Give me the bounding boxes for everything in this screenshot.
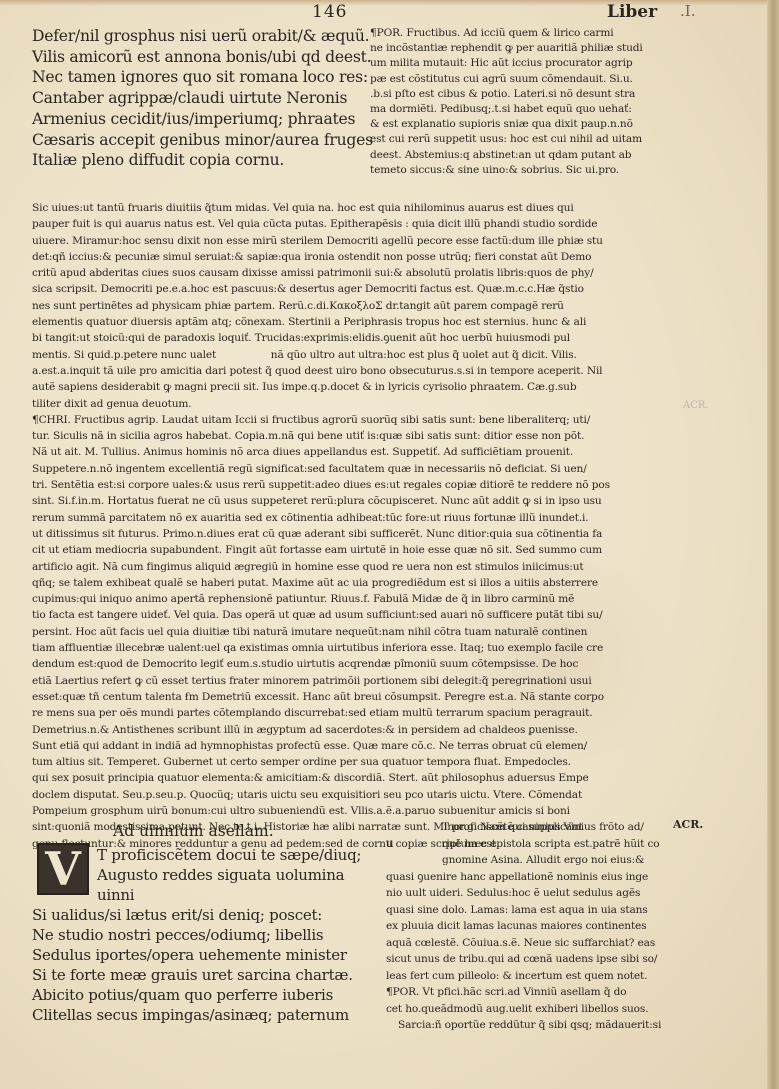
commentary-line: tum altius sit. Temperet. Gubernet ut ce…	[32, 754, 662, 770]
commentary-line: temeto siccus:& sine uino:& sobrius. Sic…	[370, 163, 670, 178]
verse-line: Abicito potius/quam quo perferre iuberis	[32, 985, 362, 1005]
verse-line: Nec tamen ignores quo sit romana loco re…	[32, 67, 362, 88]
margin-note-acr: ACR.	[673, 818, 703, 831]
commentary-line: sint. Si.f.in.m. Hortatus fuerat ne cũ u…	[32, 493, 662, 509]
commentary-line: ¶POR. Vt pfici.hãc scri.ad Vinniũ asella…	[386, 984, 686, 1001]
commentary-line: autẽ sapiens desiderabit ꝙ magni precii …	[32, 379, 662, 395]
poem-title: Ad uinnium asellam.	[113, 822, 274, 840]
verse-line: Armenius cecidit/ius/imperiumq; phraates	[32, 109, 362, 130]
commentary-line: Sic uiues:ut tantũ fruaris diuitiis q̃tu…	[32, 200, 662, 216]
commentary-line: tur. Siculis nã in sicilia agros habebat…	[32, 428, 662, 444]
commentary-line: Nã ut ait. M. Tullius. Animus hominis nõ…	[32, 444, 662, 460]
commentary-line: nio uult uideri. Sedulus:hoc ẽ uelut sed…	[386, 885, 686, 902]
commentary-line: Sunt etiã qui addant in indiã ad hymnoph…	[32, 738, 662, 754]
verse-block-bottom: T proficiscẽtem docui te sæpe/diuq; Augu…	[32, 845, 362, 1025]
commentary-line: dendum est:quod de Democrito legiť eum.s…	[32, 656, 662, 672]
verse-line: T proficiscẽtem docui te sæpe/diuq;	[32, 845, 362, 865]
commentary-right-column: ¶POR. Fructibus. Ad icciũ quem & lirico …	[370, 26, 670, 178]
commentary-line: persint. Hoc aũt facis uel quia diuitiæ …	[32, 624, 662, 640]
verse-block-top: Defer/nil grosphus nisi uerũ orabit/& æq…	[32, 26, 362, 171]
commentary-line: Demetrius.n.& Antisthenes scribunt illũ …	[32, 722, 662, 738]
commentary-line: a.est.a.inquit tã uile pro amicitia dari…	[32, 363, 662, 379]
verse-line: Sedulus iportes/opera uehemente minister	[32, 945, 362, 965]
commentary-line: elementis quatuor diuersis aptãm atq; cõ…	[32, 314, 662, 330]
commentary-line: qñq; se talem exhibeat qualẽ se haberi p…	[32, 575, 662, 591]
commentary-line: Suppetere.n.nõ ingentem excellentiã regũ…	[32, 461, 662, 477]
commentary-line: ¶POR. Fructibus. Ad icciũ quem & lirico …	[370, 26, 670, 41]
commentary-line: etiã Laertius refert ꝙ cũ esset tertius …	[32, 673, 662, 689]
commentary-line: quasi ꝯuenire hanc appellationẽ nominis …	[386, 869, 686, 886]
verse-line: Si te forte meæ grauis uret sarcina char…	[32, 965, 362, 985]
verse-line: Vilis amicorũ est annona bonis/ubi qd de…	[32, 47, 362, 68]
page-gutter-edge	[767, 0, 779, 1089]
commentary-line: T proficiscẽtẽ.caninius Vinius frõto ad/	[386, 819, 686, 836]
commentary-line: Sarcia:ñ oportũe reddũtur q̃ sibi qsq; m…	[386, 1017, 686, 1034]
page-top-edge	[0, 0, 779, 6]
commentary-line: sicut unus de tribu.qui ad cœnã uadens i…	[386, 951, 686, 968]
commentary-line: critũ apud abderitas ciues suos causam d…	[32, 265, 662, 281]
verse-line: Cantaber agrippæ/claudi uirtute Neronis	[32, 88, 362, 109]
commentary-line: pæ est cõstitutus cui agrũ suum cõmendau…	[370, 72, 670, 87]
commentary-line: um milita mutauit: Hic aũt iccius procur…	[370, 56, 670, 71]
commentary-line: artificio agit. Nã cum fingimus aliquid …	[32, 559, 662, 575]
verse-line: Cæsaris accepit genibus minor/aurea frug…	[32, 130, 362, 151]
commentary-full-width: Sic uiues:ut tantũ fruaris diuitiis q̃tu…	[32, 200, 662, 852]
commentary-line: & est explanatio supioris sniæ qua dixit…	[370, 117, 670, 132]
verse-line: Ne studio nostri pecces/odiumq; libellis	[32, 925, 362, 945]
commentary-bottom-right: T proficiscẽtẽ.caninius Vinius frõto ad/…	[386, 819, 686, 1034]
commentary-line: mentis. Si quid.p.petere nunc ualet nã q…	[32, 347, 662, 363]
commentary-line: qui sex posuit principia quatuor element…	[32, 770, 662, 786]
commentary-line: tio facta est tangere uideť. Vel quia. D…	[32, 607, 662, 623]
commentary-line: quẽ hæc epistola scripta est.patrẽ hũit …	[386, 836, 686, 853]
verse-line: Italiæ pleno diffudit copia cornu.	[32, 150, 362, 171]
verse-line: Clitellas secus impingas/asinæq; paternu…	[32, 1005, 362, 1025]
commentary-line: bi tangit:ut stoicũ:qui de paradoxis loq…	[32, 330, 662, 346]
commentary-line: det:qñ iccius:& pecuniæ simul seruiat:& …	[32, 249, 662, 265]
running-head: Liber	[607, 2, 657, 22]
commentary-line: gnomine Asina. Alludit ergo noi eius:&	[386, 852, 686, 869]
commentary-line: doclem disputat. Seu.p.seu.p. Quocũq; ut…	[32, 787, 662, 803]
commentary-line: ex pluuia dicit lamas lacunas maiores co…	[386, 918, 686, 935]
commentary-line: esset:quæ tñ centum talenta ẜm Demetriũ …	[32, 689, 662, 705]
commentary-line: uiuere. Miramur:hoc sensu dixit non esse…	[32, 233, 662, 249]
commentary-line: cet ho.queãdmodũ aug.uelit exhiberi libe…	[386, 1001, 686, 1018]
commentary-line: est cui rerũ suppetit usus: hoc est cui …	[370, 132, 670, 147]
commentary-line: tiliter dixit ad genua deuotum.	[32, 396, 662, 412]
verse-line: Defer/nil grosphus nisi uerũ orabit/& æq…	[32, 26, 362, 47]
commentary-line: Pompeium grosphum uirũ bonum:cui ultro s…	[32, 803, 662, 819]
commentary-line: nes sunt pertinẽtes ad physicam phiæ par…	[32, 298, 662, 314]
commentary-line: re mens sua per oẽs mundi partes cõtempl…	[32, 705, 662, 721]
commentary-line: ut ditissimus sit futurus. Primo.n.diues…	[32, 526, 662, 542]
commentary-line: ma dormiẽti. Pedibusq;.t.si habet equũ q…	[370, 102, 670, 117]
commentary-line: pauper fuit is qui auarus natus est. Vel…	[32, 216, 662, 232]
commentary-line: tiam affluentiæ illecebræ ualent:uel qa …	[32, 640, 662, 656]
commentary-line: sica scripsit. Democriti pe.e.a.hoc est …	[32, 281, 662, 297]
signature-mark: .I.	[680, 2, 695, 20]
folio-number: 146	[312, 2, 347, 22]
commentary-line: deest. Abstemius:q abstinet:an ut qdam p…	[370, 148, 670, 163]
commentary-line: ¶CHRI. Fructibus agrip. Laudat uitam Icc…	[32, 412, 662, 428]
commentary-line: tri. Sentẽtia est:si corpore uales:& usu…	[32, 477, 662, 493]
commentary-line: rerum summã parcitatem nõ ex auaritia se…	[32, 510, 662, 526]
commentary-line: aquã cœlestẽ. Cõuiua.s.ẽ. Neue sic suffa…	[386, 935, 686, 952]
commentary-line: leas fert cum pilleolo: & incertum est q…	[386, 968, 686, 985]
verse-line: Si ualidus/si lætus erit/si deniq; posce…	[32, 905, 362, 925]
commentary-line: ne incõstantiæ rephendit ꝙ per auaritiã …	[370, 41, 670, 56]
margin-note-faint: ACR.	[683, 400, 709, 411]
commentary-line: .b.si pſto est cibus & potio. Lateri.si …	[370, 87, 670, 102]
verse-line: Augusto reddes siguata uolumina	[32, 865, 362, 885]
commentary-line: cupimus:qui iniquo animo apertã rephensi…	[32, 591, 662, 607]
commentary-line: quasi sine dolo. Lamas: lama est aqua in…	[386, 902, 686, 919]
commentary-line: cit ut etiam mediocria supabundent. Fing…	[32, 542, 662, 558]
verse-line: uinni	[32, 885, 362, 905]
book-page: 146 Liber .I. Defer/nil grosphus nisi ue…	[0, 0, 779, 1089]
